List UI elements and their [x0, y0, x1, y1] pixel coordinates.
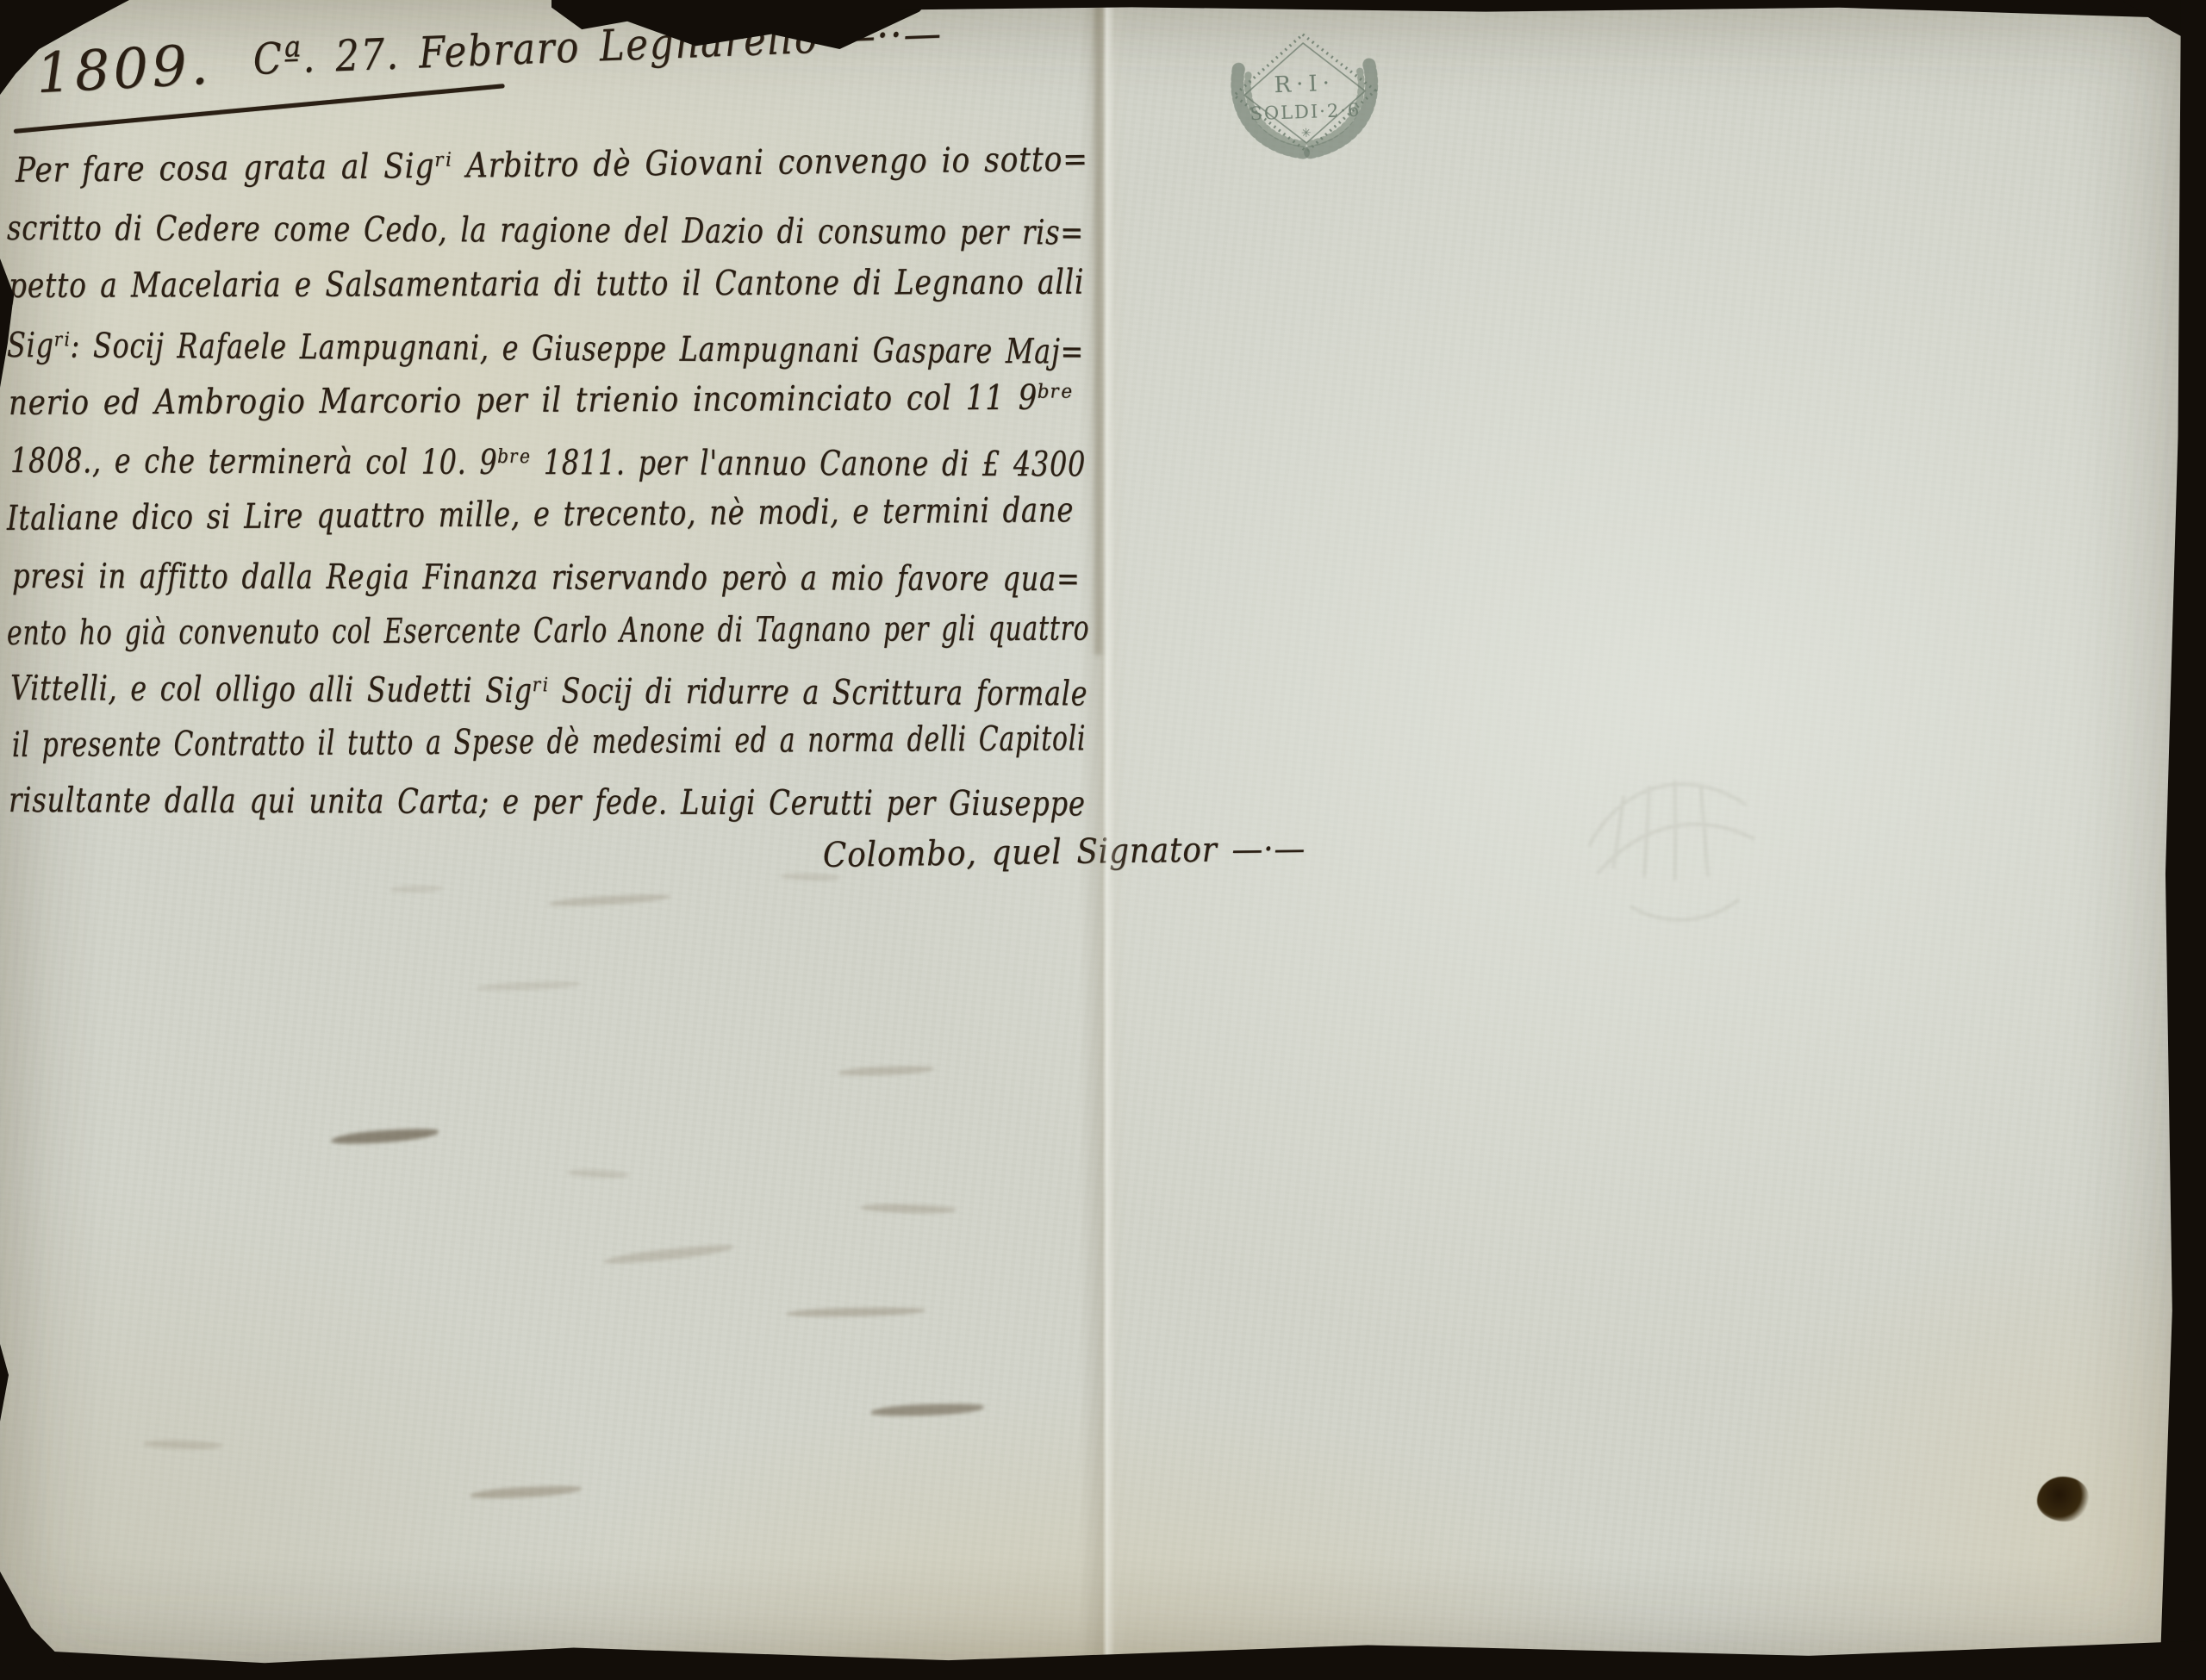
manuscript-line: ento ho già convenuto col Esercente Carl… [7, 609, 1089, 665]
manuscript-line: risultante dalla qui unita Carta; e per … [9, 781, 1086, 836]
manuscript-line: presi in affitto dalla Regia Finanza ris… [12, 557, 1081, 611]
ink-showthrough-mark [389, 885, 443, 893]
manuscript-line-text: Vittelli, e col olligo alli Sudetti Sigʳ… [10, 669, 1087, 714]
manuscript-line: Per fare cosa grata al Sigʳⁱ Arbitro dè … [16, 140, 1089, 202]
manuscript-line-text: ento ho già convenuto col Esercente Carl… [7, 609, 1090, 653]
revenue-stamp: R·I· SOLDI·2·6 ✳ [1214, 10, 1395, 168]
paper-sheet: 1809. Cª. 27. Febraro Legnarello —··— Pe… [0, 0, 2206, 1680]
ink-showthrough-mark [838, 1065, 934, 1077]
stamp-text-ri: R·I· [1274, 71, 1335, 98]
manuscript-line: Vittelli, e col olligo alli Sudetti Sigʳ… [10, 669, 1087, 726]
manuscript-line-text: scritto di Cedere come Cedo, la ragione … [7, 208, 1084, 252]
ink-showthrough-mark [786, 1307, 925, 1318]
ink-showthrough-mark [548, 893, 670, 907]
manuscript-line: 1808., e che terminerà col 10. 9ᵇʳᵉ 1811… [10, 441, 1086, 496]
ink-showthrough-mark [860, 1203, 957, 1215]
manuscript-line: petto a Macelaria e Salsamentaria di tut… [9, 263, 1084, 318]
ink-smear [870, 1403, 984, 1418]
manuscript-line-text: risultante dalla qui unita Carta; e per … [9, 781, 1086, 824]
manuscript-line: nerio ed Ambrogio Marcorio per il trieni… [9, 378, 1073, 435]
ink-showthrough-mark [603, 1242, 734, 1266]
ink-smear [331, 1127, 439, 1147]
manuscript-line-text: il presente Contratto il tutto a Spese d… [12, 719, 1087, 765]
ink-showthrough-mark [143, 1439, 222, 1450]
stamp-text-soldi: SOLDI·2·6 [1249, 100, 1362, 124]
manuscript-line-text: Per fare cosa grata al Sigʳⁱ Arbitro dè … [16, 140, 1088, 190]
manuscript-line-text: 1808., e che terminerà col 10. 9ᵇʳᵉ 1811… [10, 441, 1086, 484]
scanned-manuscript-page: { "doc": { "heading": { "year": "1809.",… [0, 0, 2206, 1680]
manuscript-line: Italiane dico si Lire quattro mille, e t… [7, 490, 1074, 551]
ink-showthrough-mark [476, 980, 581, 992]
manuscript-line: Sigʳⁱ: Socij Rafaele Lampugnani, e Giuse… [7, 326, 1084, 384]
fold-crease-shadow [1094, 0, 1102, 655]
manuscript-line-text: Colombo, quel Signator —·— [823, 829, 1306, 875]
heading-year: 1809. [34, 34, 213, 107]
manuscript-line-text: Sigʳⁱ: Socij Rafaele Lampugnani, e Giuse… [7, 326, 1084, 372]
ink-blot [2037, 1477, 2089, 1521]
manuscript-line-text: petto a Macelaria e Salsamentaria di tut… [9, 263, 1084, 306]
manuscript-line-text: nerio ed Ambrogio Marcorio per il trieni… [9, 378, 1074, 423]
stamp-ornament: ✳ [1301, 127, 1312, 140]
ink-smear [470, 1484, 582, 1501]
revenue-stamp-graphic: R·I· SOLDI·2·6 ✳ [1214, 10, 1395, 168]
ink-showthrough-mark [567, 1168, 629, 1179]
watermark-eagle-ghost [1570, 743, 1794, 958]
manuscript-signature-line: Colombo, quel Signator —·— [823, 829, 1306, 887]
manuscript-line: il presente Contratto il tutto a Spese d… [12, 719, 1086, 777]
manuscript-line-text: presi in affitto dalla Regia Finanza ris… [12, 557, 1081, 599]
manuscript-line-text: Italiane dico si Lire quattro mille, e t… [7, 490, 1075, 538]
manuscript-line: scritto di Cedere come Cedo, la ragione … [7, 208, 1084, 264]
